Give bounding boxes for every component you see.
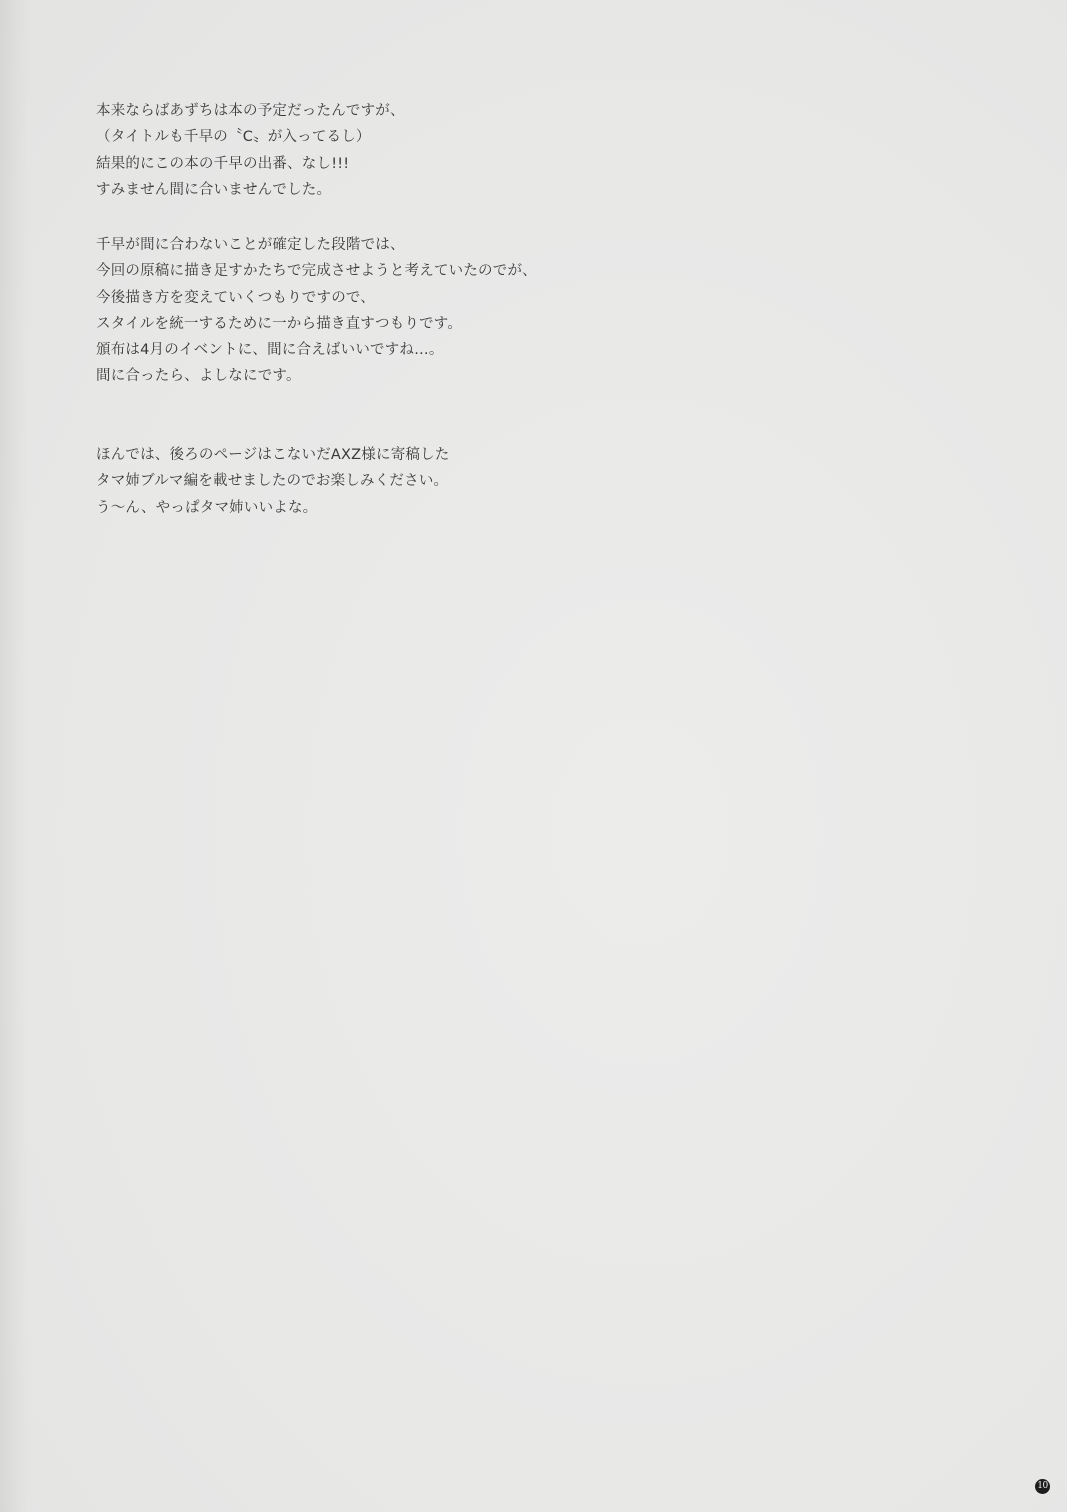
text-line: 間に合ったら、よしなにです。 bbox=[96, 363, 537, 389]
paragraph-closing: ほんでは、後ろのページはこないだAXZ様に寄稿した タマ姉ブルマ編を載せましたの… bbox=[96, 442, 450, 521]
text-line: （タイトルも千早の〝C〟が入ってるし） bbox=[96, 124, 405, 150]
text-line: う〜ん、やっぱタマ姉いいよな。 bbox=[96, 495, 450, 521]
text-line: 今回の原稿に描き足すかたちで完成させようと考えていたのでが、 bbox=[96, 258, 537, 284]
text-line: 本来ならばあずちは本の予定だったんですが、 bbox=[96, 98, 405, 124]
paragraph-apology: 本来ならばあずちは本の予定だったんですが、 （タイトルも千早の〝C〟が入ってるし… bbox=[96, 98, 405, 203]
page-number-badge: 10 bbox=[1035, 1479, 1050, 1494]
text-line: 結果的にこの本の千早の出番、なし!!! bbox=[96, 151, 405, 177]
text-line: タマ姉ブルマ編を載せましたのでお楽しみください。 bbox=[96, 468, 450, 494]
text-line: すみません間に合いませんでした。 bbox=[96, 177, 405, 203]
text-line: 千早が間に合わないことが確定した段階では、 bbox=[96, 232, 537, 258]
document-page: 本来ならばあずちは本の予定だったんですが、 （タイトルも千早の〝C〟が入ってるし… bbox=[0, 0, 1067, 1512]
text-line: スタイルを統一するために一から描き直すつもりです。 bbox=[96, 311, 537, 337]
paragraph-plans: 千早が間に合わないことが確定した段階では、 今回の原稿に描き足すかたちで完成させ… bbox=[96, 232, 537, 390]
text-line: 今後描き方を変えていくつもりですので、 bbox=[96, 285, 537, 311]
text-line: 頒布は4月のイベントに、間に合えばいいですね…。 bbox=[96, 337, 537, 363]
text-line: ほんでは、後ろのページはこないだAXZ様に寄稿した bbox=[96, 442, 450, 468]
